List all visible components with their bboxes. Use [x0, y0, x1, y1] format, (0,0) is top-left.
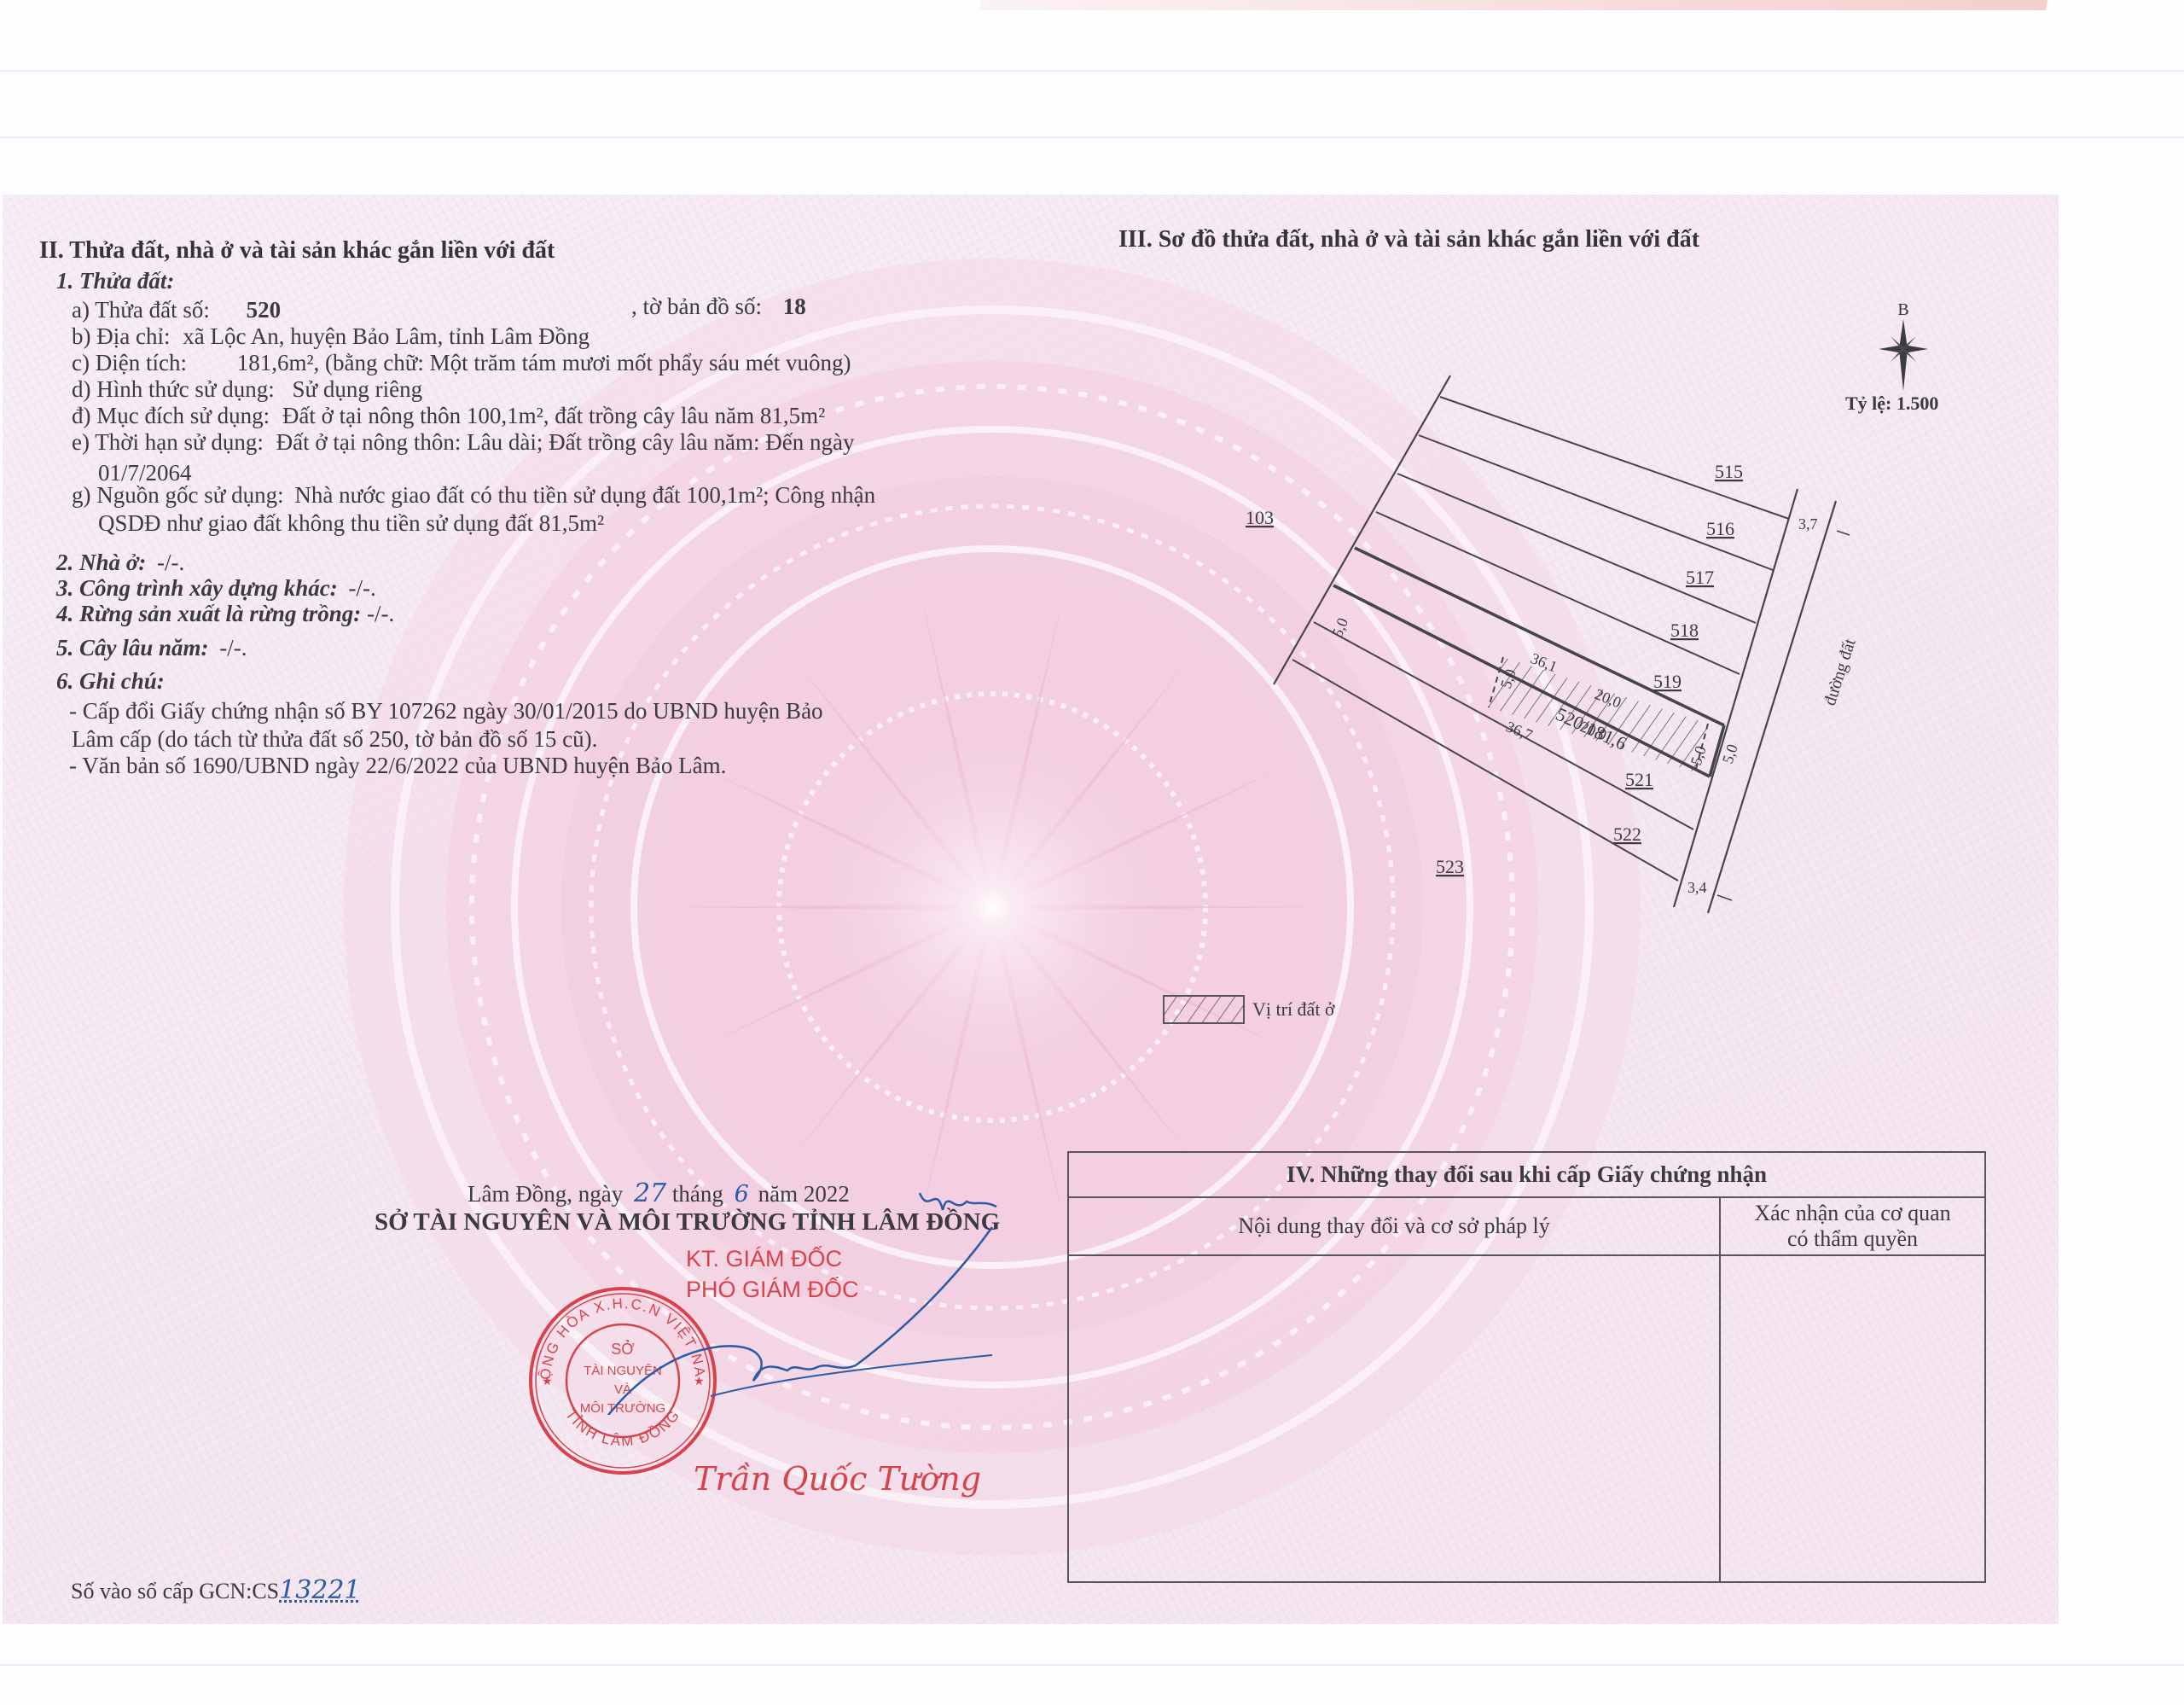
map-scale: Tỷ lệ: 1.500 — [1845, 393, 1938, 415]
scan-artifact — [0, 137, 2184, 138]
svg-text:5,0: 5,0 — [1328, 615, 1351, 639]
svg-text:521: 521 — [1625, 769, 1653, 790]
scan-artifact — [0, 1664, 2184, 1666]
certificate-page: II. Thửa đất, nhà ở và tài sản khác gắn … — [3, 195, 2059, 1624]
north-arrow-icon: B — [1865, 302, 1942, 396]
svg-text:517: 517 — [1686, 567, 1714, 588]
paper-scrap — [979, 0, 2047, 10]
handwritten-signature — [549, 1176, 1095, 1415]
svg-text:3,4: 3,4 — [1687, 879, 1707, 896]
registry-number-value: 13221 — [279, 1575, 360, 1605]
svg-text:103: 103 — [1246, 507, 1274, 528]
column-header-authority-confirmation: Xác nhận của cơ quan có thẩm quyền — [1721, 1198, 1984, 1254]
column-header-change-content: Nội dung thay đổi và cơ sở pháp lý — [1069, 1198, 1721, 1254]
svg-text:đường đất: đường đất — [1821, 636, 1860, 707]
scan-artifact — [0, 70, 2184, 72]
changes-table-title: IV. Những thay đổi sau khi cấp Giấy chứn… — [1069, 1153, 1984, 1198]
signer-name: Trần Quốc Tường — [694, 1460, 981, 1498]
legend-hatch-swatch — [1163, 995, 1245, 1024]
changes-table: IV. Những thay đổi sau khi cấp Giấy chứn… — [1067, 1151, 1986, 1583]
changes-table-body — [1069, 1256, 1984, 1583]
svg-text:B: B — [1897, 302, 1908, 319]
svg-text:523: 523 — [1436, 856, 1464, 877]
svg-text:522: 522 — [1613, 823, 1641, 845]
changes-table-header: Nội dung thay đổi và cơ sở pháp lý Xác n… — [1069, 1198, 1984, 1256]
registry-number: Số vào sổ cấp GCN:CS13221 — [71, 1575, 361, 1605]
change-content-cell — [1069, 1256, 1721, 1583]
legend-label: Vị trí đất ở — [1252, 998, 1335, 1021]
svg-text:3,7: 3,7 — [1798, 515, 1818, 532]
svg-text:516: 516 — [1706, 518, 1734, 539]
svg-text:515: 515 — [1715, 461, 1743, 482]
authority-confirmation-cell — [1721, 1256, 1984, 1583]
svg-text:518: 518 — [1670, 620, 1699, 641]
svg-text:519: 519 — [1653, 671, 1682, 692]
